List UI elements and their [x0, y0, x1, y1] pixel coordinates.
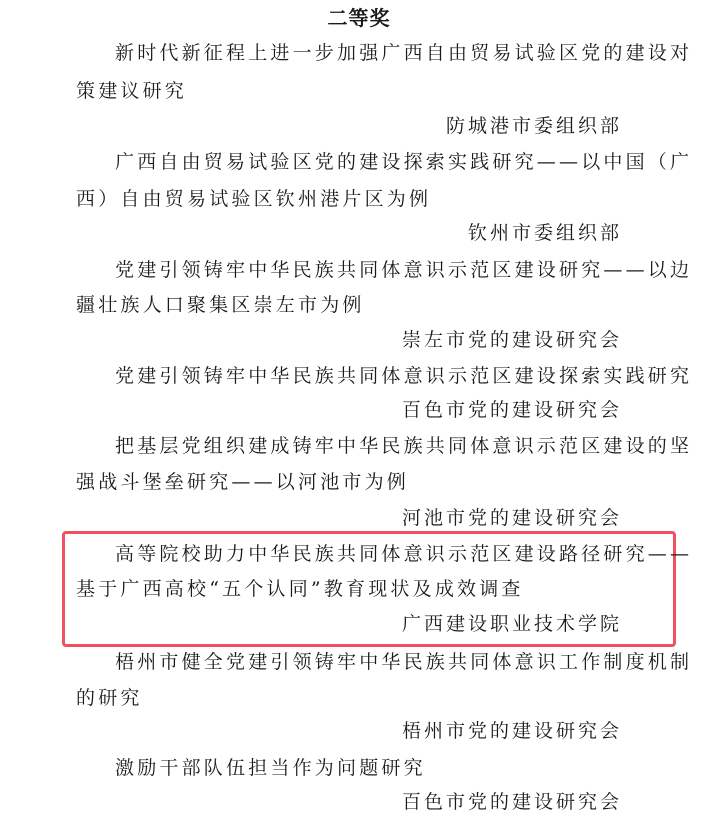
entry-title-line: 把基层党组织建成铸牢中华民族共同体意识示范区建设的坚 — [115, 433, 692, 459]
entry-title-line: 强战斗堡垒研究——以河池市为例 — [76, 469, 409, 495]
entry-organization: 广西建设职业技术学院 — [402, 611, 622, 637]
entry-title-line: 西）自由贸易试验区钦州港片区为例 — [76, 186, 431, 212]
entry-title-line: 新时代新征程上进一步加强广西自由贸易试验区党的建设对 — [115, 40, 692, 66]
entry-title-line: 梧州市健全党建引领铸牢中华民族共同体意识工作制度机制 — [115, 649, 692, 675]
entry-organization: 百色市党的建设研究会 — [402, 397, 622, 423]
entry-organization: 百色市党的建设研究会 — [402, 789, 622, 815]
entry-organization: 梧州市党的建设研究会 — [402, 718, 622, 744]
entry-title-line: 策建议研究 — [76, 78, 187, 104]
entry-organization: 崇左市党的建设研究会 — [402, 327, 622, 353]
entry-title-line: 高等院校助力中华民族共同体意识示范区建设路径研究—— — [115, 541, 692, 567]
entry-title-line: 疆壮族人口聚集区崇左市为例 — [76, 292, 365, 318]
entry-title-line: 党建引领铸牢中华民族共同体意识示范区建设探索实践研究 — [115, 363, 692, 389]
section-heading: 二等奖 — [0, 4, 718, 32]
entry-title-line: 的研究 — [76, 685, 143, 711]
entry-organization: 钦州市委组织部 — [468, 220, 622, 246]
entry-title-line: 激励干部队伍担当作为问题研究 — [115, 755, 426, 781]
entry-organization: 防城港市委组织部 — [446, 113, 622, 139]
entry-organization: 河池市党的建设研究会 — [402, 505, 622, 531]
entry-title-line: 基于广西高校“五个认同”教育现状及成效调查 — [76, 576, 524, 602]
entry-title-line: 广西自由贸易试验区党的建设探索实践研究——以中国（广 — [115, 149, 692, 175]
entry-title-line: 党建引领铸牢中华民族共同体意识示范区建设研究——以边 — [115, 257, 692, 283]
